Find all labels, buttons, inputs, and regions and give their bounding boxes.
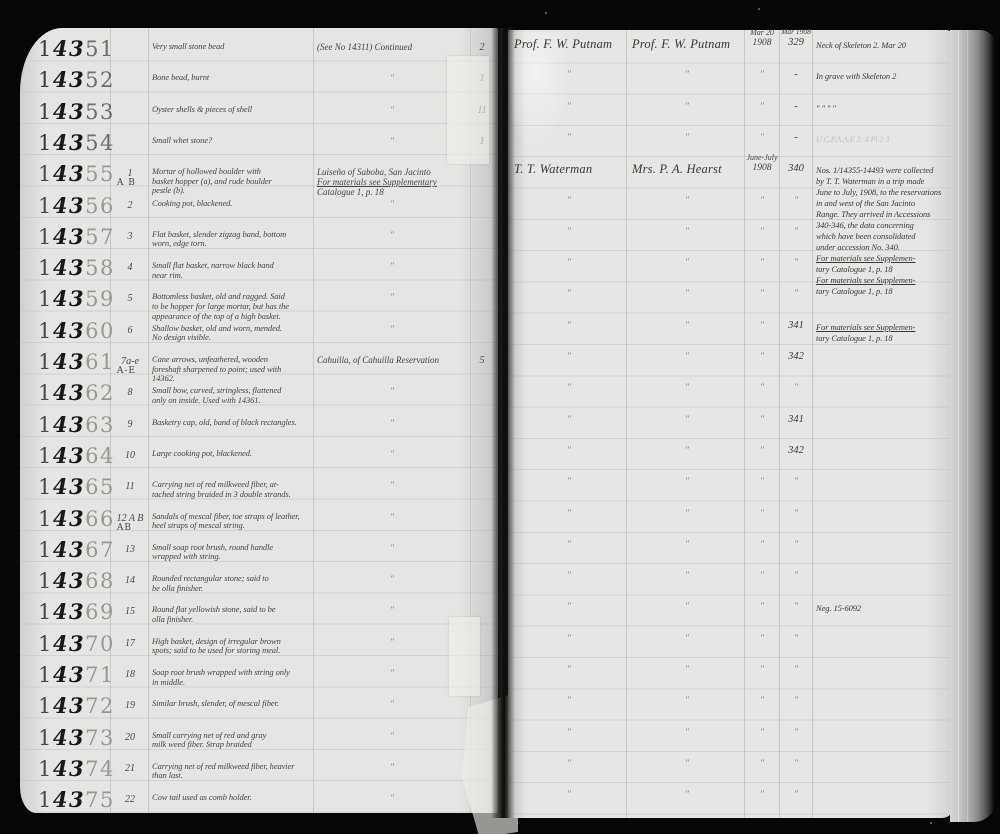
date: ″	[744, 257, 780, 267]
date: ″	[744, 195, 780, 205]
item-number: 7a-e	[114, 356, 146, 367]
description: Small bow, curved, stringless, flattened…	[152, 386, 324, 405]
dust-speck	[545, 12, 547, 14]
accession-number: ″	[780, 633, 812, 644]
date: ″	[744, 226, 780, 236]
accession-number: 341	[780, 320, 812, 331]
date: ″	[744, 382, 780, 392]
remarks: Neg. 15-6092	[816, 603, 962, 614]
description: Bone bead, burnt	[152, 73, 324, 83]
description: Soap root brush wrapped with string only…	[152, 668, 324, 687]
received-from: ″	[632, 257, 742, 267]
museum-number: 14362	[38, 382, 115, 404]
museum-number: 14374	[38, 758, 115, 780]
received-from: Mrs. P. A. Hearst	[632, 163, 742, 176]
locality: ″	[317, 668, 467, 678]
accession-number: ″	[780, 257, 812, 268]
collector: ″	[514, 758, 624, 768]
received-from: ″	[632, 226, 742, 236]
date: ″	[744, 695, 780, 705]
description: Rounded rectangular stone; said tobe oll…	[152, 574, 324, 593]
collector: ″	[514, 320, 624, 330]
received-from: ″	[632, 320, 742, 330]
accession-number: ″	[780, 288, 812, 299]
date: ″	[744, 288, 780, 298]
left-page: 14351Very small stone bead(See No 14311)…	[20, 28, 498, 813]
museum-number: 14353	[38, 101, 115, 123]
accession-number: ″	[780, 570, 812, 581]
item-number: 13	[114, 544, 146, 555]
collector: ″	[514, 288, 624, 298]
collector: ″	[514, 664, 624, 674]
date: ″	[744, 539, 780, 549]
item-number: 14	[114, 575, 146, 586]
locality: ″	[317, 637, 467, 647]
collector: ″	[514, 414, 624, 424]
accession-number: 342	[780, 351, 812, 362]
received-from: ″	[632, 195, 742, 205]
description: Round flat yellowish stone, said to beol…	[152, 605, 324, 624]
date: ″	[744, 69, 780, 79]
description: Basketry cap, old, band of black rectang…	[152, 418, 324, 428]
description: Small carrying net of red and graymilk w…	[152, 731, 324, 750]
collector: ″	[514, 476, 624, 486]
museum-number: 14368	[38, 570, 115, 592]
locality: ″	[317, 699, 467, 709]
received-from: ″	[632, 476, 742, 486]
column-rule-accession	[812, 30, 813, 818]
museum-number: 14352	[38, 69, 115, 91]
accession-number: ″	[780, 664, 812, 675]
page-edge-line	[958, 30, 959, 822]
date: ″	[744, 727, 780, 737]
collector: ″	[514, 101, 624, 111]
locality: ″	[317, 543, 467, 553]
accession-number: Mar 1908329	[780, 26, 812, 48]
description: Small soap root brush, round handlewrapp…	[152, 543, 324, 562]
collector: T. T. Waterman	[514, 163, 624, 176]
received-from: ″	[632, 789, 742, 799]
collector: ″	[514, 570, 624, 580]
remarks: Neck of Skeleton 2. Mar 20	[816, 40, 962, 51]
description: Small flat basket, narrow black bandnear…	[152, 261, 324, 280]
locality: ″	[317, 512, 467, 522]
museum-number: 14367	[38, 539, 115, 561]
date: ″	[744, 320, 780, 330]
item-number: 20	[114, 732, 146, 743]
collector: ″	[514, 195, 624, 205]
received-from: ″	[632, 695, 742, 705]
date: ″	[744, 758, 780, 768]
museum-number: 14357	[38, 226, 115, 248]
accession-number: -	[780, 132, 812, 143]
received-from: ″	[632, 758, 742, 768]
collector: ″	[514, 539, 624, 549]
museum-number: 14363	[38, 414, 115, 436]
received-from: ″	[632, 382, 742, 392]
accession-number: ″	[780, 382, 812, 393]
item-number: 11	[114, 481, 146, 492]
date: ″	[744, 664, 780, 674]
received-from: ″	[632, 633, 742, 643]
item-number: 6	[114, 325, 146, 336]
locality: ″	[317, 292, 467, 302]
page-edge-stack	[950, 30, 996, 822]
item-number: 12 A B	[114, 513, 146, 524]
description: Oyster shells & pieces of shell	[152, 105, 324, 115]
locality: (See No 14311) Continued	[317, 42, 467, 52]
remarks: In grave with Skeleton 2	[816, 71, 962, 82]
item-number: 15	[114, 606, 146, 617]
locality: ″	[317, 324, 467, 334]
museum-number: 14373	[38, 727, 115, 749]
received-from: ″	[632, 351, 742, 361]
locality: ″	[317, 480, 467, 490]
collector: ″	[514, 257, 624, 267]
remarks: ″ ″ ″ ″	[816, 103, 962, 114]
accession-number: 340	[780, 163, 812, 174]
locality: ″	[317, 605, 467, 615]
received-from: ″	[632, 727, 742, 737]
collector: ″	[514, 695, 624, 705]
description: Cane arrows, unfeathered, woodenforeshaf…	[152, 355, 324, 384]
accession-number: 341	[780, 414, 812, 425]
description: High basket, design of irregular brownsp…	[152, 637, 324, 656]
accession-number: 342	[780, 445, 812, 456]
locality: ″	[317, 574, 467, 584]
museum-number: 14365	[38, 476, 115, 498]
museum-number: 14372	[38, 695, 115, 717]
received-from: ″	[632, 601, 742, 611]
page-edge-line	[967, 30, 968, 822]
accession-number: -	[780, 69, 812, 80]
description: Carrying net of red milkweed fiber, heav…	[152, 762, 324, 781]
locality: ″	[317, 230, 467, 240]
date: ″	[744, 445, 780, 455]
collector: ″	[514, 69, 624, 79]
accession-number: ″	[780, 758, 812, 769]
description: Mortar of hollowed boulder withbasket ho…	[152, 167, 324, 196]
accession-number: ″	[780, 539, 812, 550]
item-number: 17	[114, 638, 146, 649]
date: ″	[744, 601, 780, 611]
date: ″	[744, 351, 780, 361]
tape-repair	[447, 56, 489, 164]
received-from: ″	[632, 539, 742, 549]
remarks: For materials see Supplemen-tary Catalog…	[816, 322, 962, 344]
description: Flat basket, slender zigzag band, bottom…	[152, 230, 324, 249]
accession-number: -	[780, 101, 812, 112]
museum-number: 14369	[38, 601, 115, 623]
remarks: U.C.P.A.A.E 3: 4 Pl 2 3	[816, 134, 962, 145]
item-number: 22	[114, 794, 146, 805]
collector: ″	[514, 601, 624, 611]
accession-number: ″	[780, 789, 812, 800]
date: ″	[744, 633, 780, 643]
right-page: Prof. F. W. PutnamProf. F. W. PutnamMar …	[508, 30, 954, 818]
date: Mar 201908	[744, 28, 780, 48]
item-number: 19	[114, 700, 146, 711]
tape-repair	[449, 617, 480, 696]
description: Large cooking pot, blackened.	[152, 449, 324, 459]
description: Carrying net of red milkweed fiber, at-t…	[152, 480, 324, 499]
date: ″	[744, 414, 780, 424]
column-rule-item	[148, 28, 149, 813]
museum-number: 14351	[38, 38, 115, 60]
item-number: 10	[114, 450, 146, 461]
locality: ″	[317, 105, 467, 115]
accession-number: ″	[780, 476, 812, 487]
item-number: 8	[114, 387, 146, 398]
locality: ″	[317, 136, 467, 146]
dust-speck	[930, 822, 932, 824]
date: ″	[744, 789, 780, 799]
item-number: 18	[114, 669, 146, 680]
description: Shallow basket, old and worn, mended.No …	[152, 324, 324, 343]
remarks: Nos. 1/14355-14493 were collectedby T. T…	[816, 165, 962, 297]
accession-number: ″	[780, 195, 812, 206]
received-from: ″	[632, 664, 742, 674]
collector: ″	[514, 382, 624, 392]
received-from: ″	[632, 445, 742, 455]
date: ″	[744, 570, 780, 580]
description: Cooking pot, blackened.	[152, 199, 324, 209]
collector: Prof. F. W. Putnam	[514, 38, 624, 51]
date: ″	[744, 132, 780, 142]
item-number: 5	[114, 293, 146, 304]
accession-number: ″	[780, 727, 812, 738]
item-number: 21	[114, 763, 146, 774]
accession-number: ″	[780, 601, 812, 612]
received-from: ″	[632, 69, 742, 79]
ledger-scan: 14351Very small stone bead(See No 14311)…	[0, 0, 1000, 834]
received-from: Prof. F. W. Putnam	[632, 38, 742, 51]
collector: ″	[514, 132, 624, 142]
dust-speck	[758, 8, 760, 10]
locality: ″	[317, 793, 467, 803]
locality: ″	[317, 73, 467, 83]
description: Cow tail used as comb holder.	[152, 793, 324, 803]
collector: ″	[514, 789, 624, 799]
museum-number: 14354	[38, 132, 115, 154]
museum-number: 14356	[38, 195, 115, 217]
date: June-July1908	[744, 153, 780, 173]
collector: ″	[514, 633, 624, 643]
locality: Luiseño of Saboba, San JacintoFor materi…	[317, 167, 467, 197]
description: Small whet stone?	[152, 136, 324, 146]
description: Bottomless basket, old and ragged. Saidt…	[152, 292, 324, 321]
received-from: ″	[632, 101, 742, 111]
locality: ″	[317, 199, 467, 209]
collector: ″	[514, 351, 624, 361]
collector: ″	[514, 445, 624, 455]
item-number: 1	[114, 168, 146, 179]
museum-number: 14364	[38, 445, 115, 467]
collector: ″	[514, 226, 624, 236]
accession-number: ″	[780, 695, 812, 706]
collector: ″	[514, 508, 624, 518]
locality: ″	[317, 449, 467, 459]
locality: Cahuilla, of Cahuilla Reservation	[317, 355, 467, 365]
description: Very small stone bead	[152, 42, 324, 52]
accession-number: ″	[780, 226, 812, 237]
item-number: 9	[114, 419, 146, 430]
received-from: ″	[632, 288, 742, 298]
received-from: ″	[632, 508, 742, 518]
column-rule-collector	[626, 30, 627, 818]
received-from: ″	[632, 570, 742, 580]
description: Sandals of mescal fiber, toe straps of l…	[152, 512, 324, 531]
locality: ″	[317, 261, 467, 271]
book-gutter	[491, 28, 515, 818]
museum-number: 14360	[38, 320, 115, 342]
item-number: 3	[114, 231, 146, 242]
received-from: ″	[632, 132, 742, 142]
accession-number: ″	[780, 508, 812, 519]
description: Similar brush, slender, of mescal fiber.	[152, 699, 324, 709]
museum-number: 14371	[38, 664, 115, 686]
locality: ″	[317, 731, 467, 741]
locality: ″	[317, 386, 467, 396]
locality: ″	[317, 418, 467, 428]
locality: ″	[317, 762, 467, 772]
item-number: 2	[114, 200, 146, 211]
date: ″	[744, 476, 780, 486]
date: ″	[744, 508, 780, 518]
received-from: ″	[632, 414, 742, 424]
item-number: 4	[114, 262, 146, 273]
date: ″	[744, 101, 780, 111]
museum-number: 14359	[38, 288, 115, 310]
collector: ″	[514, 727, 624, 737]
museum-number: 14375	[38, 789, 115, 811]
museum-number: 14358	[38, 257, 115, 279]
museum-number: 14370	[38, 633, 115, 655]
